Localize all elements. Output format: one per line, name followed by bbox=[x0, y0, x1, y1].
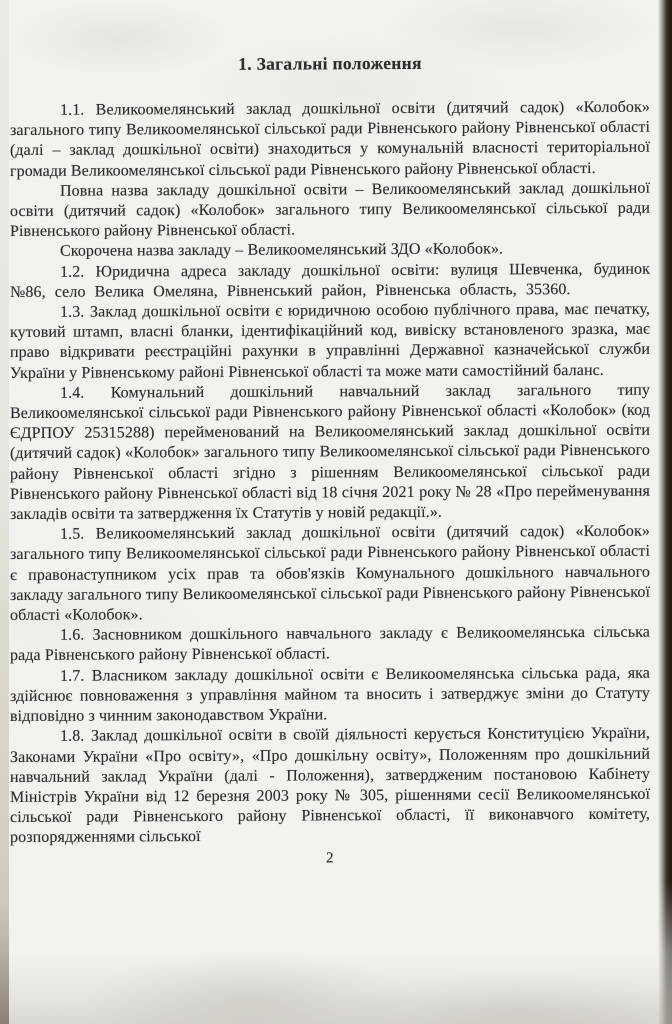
para-1-7: 1.7. Власником закладу дошкільної освіти… bbox=[10, 663, 650, 727]
para-1-6: 1.6. Засновником дошкільного навчального… bbox=[10, 623, 650, 667]
scanned-document-page: 1. Загальні положення 1.1. Великоомелянс… bbox=[0, 0, 672, 1024]
para-1-5: 1.5. Великоомелянський заклад дошкільної… bbox=[10, 522, 650, 626]
scan-edge-bottom bbox=[0, 954, 672, 1024]
para-1-4: 1.4. Комунальний дошкільний навчальний з… bbox=[10, 380, 650, 525]
para-1-8: 1.8. Заклад дошкільної освіти в своїй ді… bbox=[10, 724, 650, 849]
page-text-block: 1. Загальні положення 1.1. Великоомелянс… bbox=[10, 0, 650, 869]
para-full-name: Повна назва закладу дошкільної освіти – … bbox=[10, 178, 650, 242]
para-1-1: 1.1. Великоомелянський заклад дошкільної… bbox=[10, 98, 650, 182]
scan-edge-right bbox=[658, 0, 672, 1024]
section-title: 1. Загальні положення bbox=[10, 52, 650, 76]
scan-edge-left bbox=[0, 0, 9, 1024]
para-1-2: 1.2. Юридична адреса закладу дошкільної … bbox=[10, 259, 650, 303]
para-1-3: 1.3. Заклад дошкільної освіти є юридично… bbox=[10, 300, 650, 384]
page-number: 2 bbox=[10, 848, 650, 868]
